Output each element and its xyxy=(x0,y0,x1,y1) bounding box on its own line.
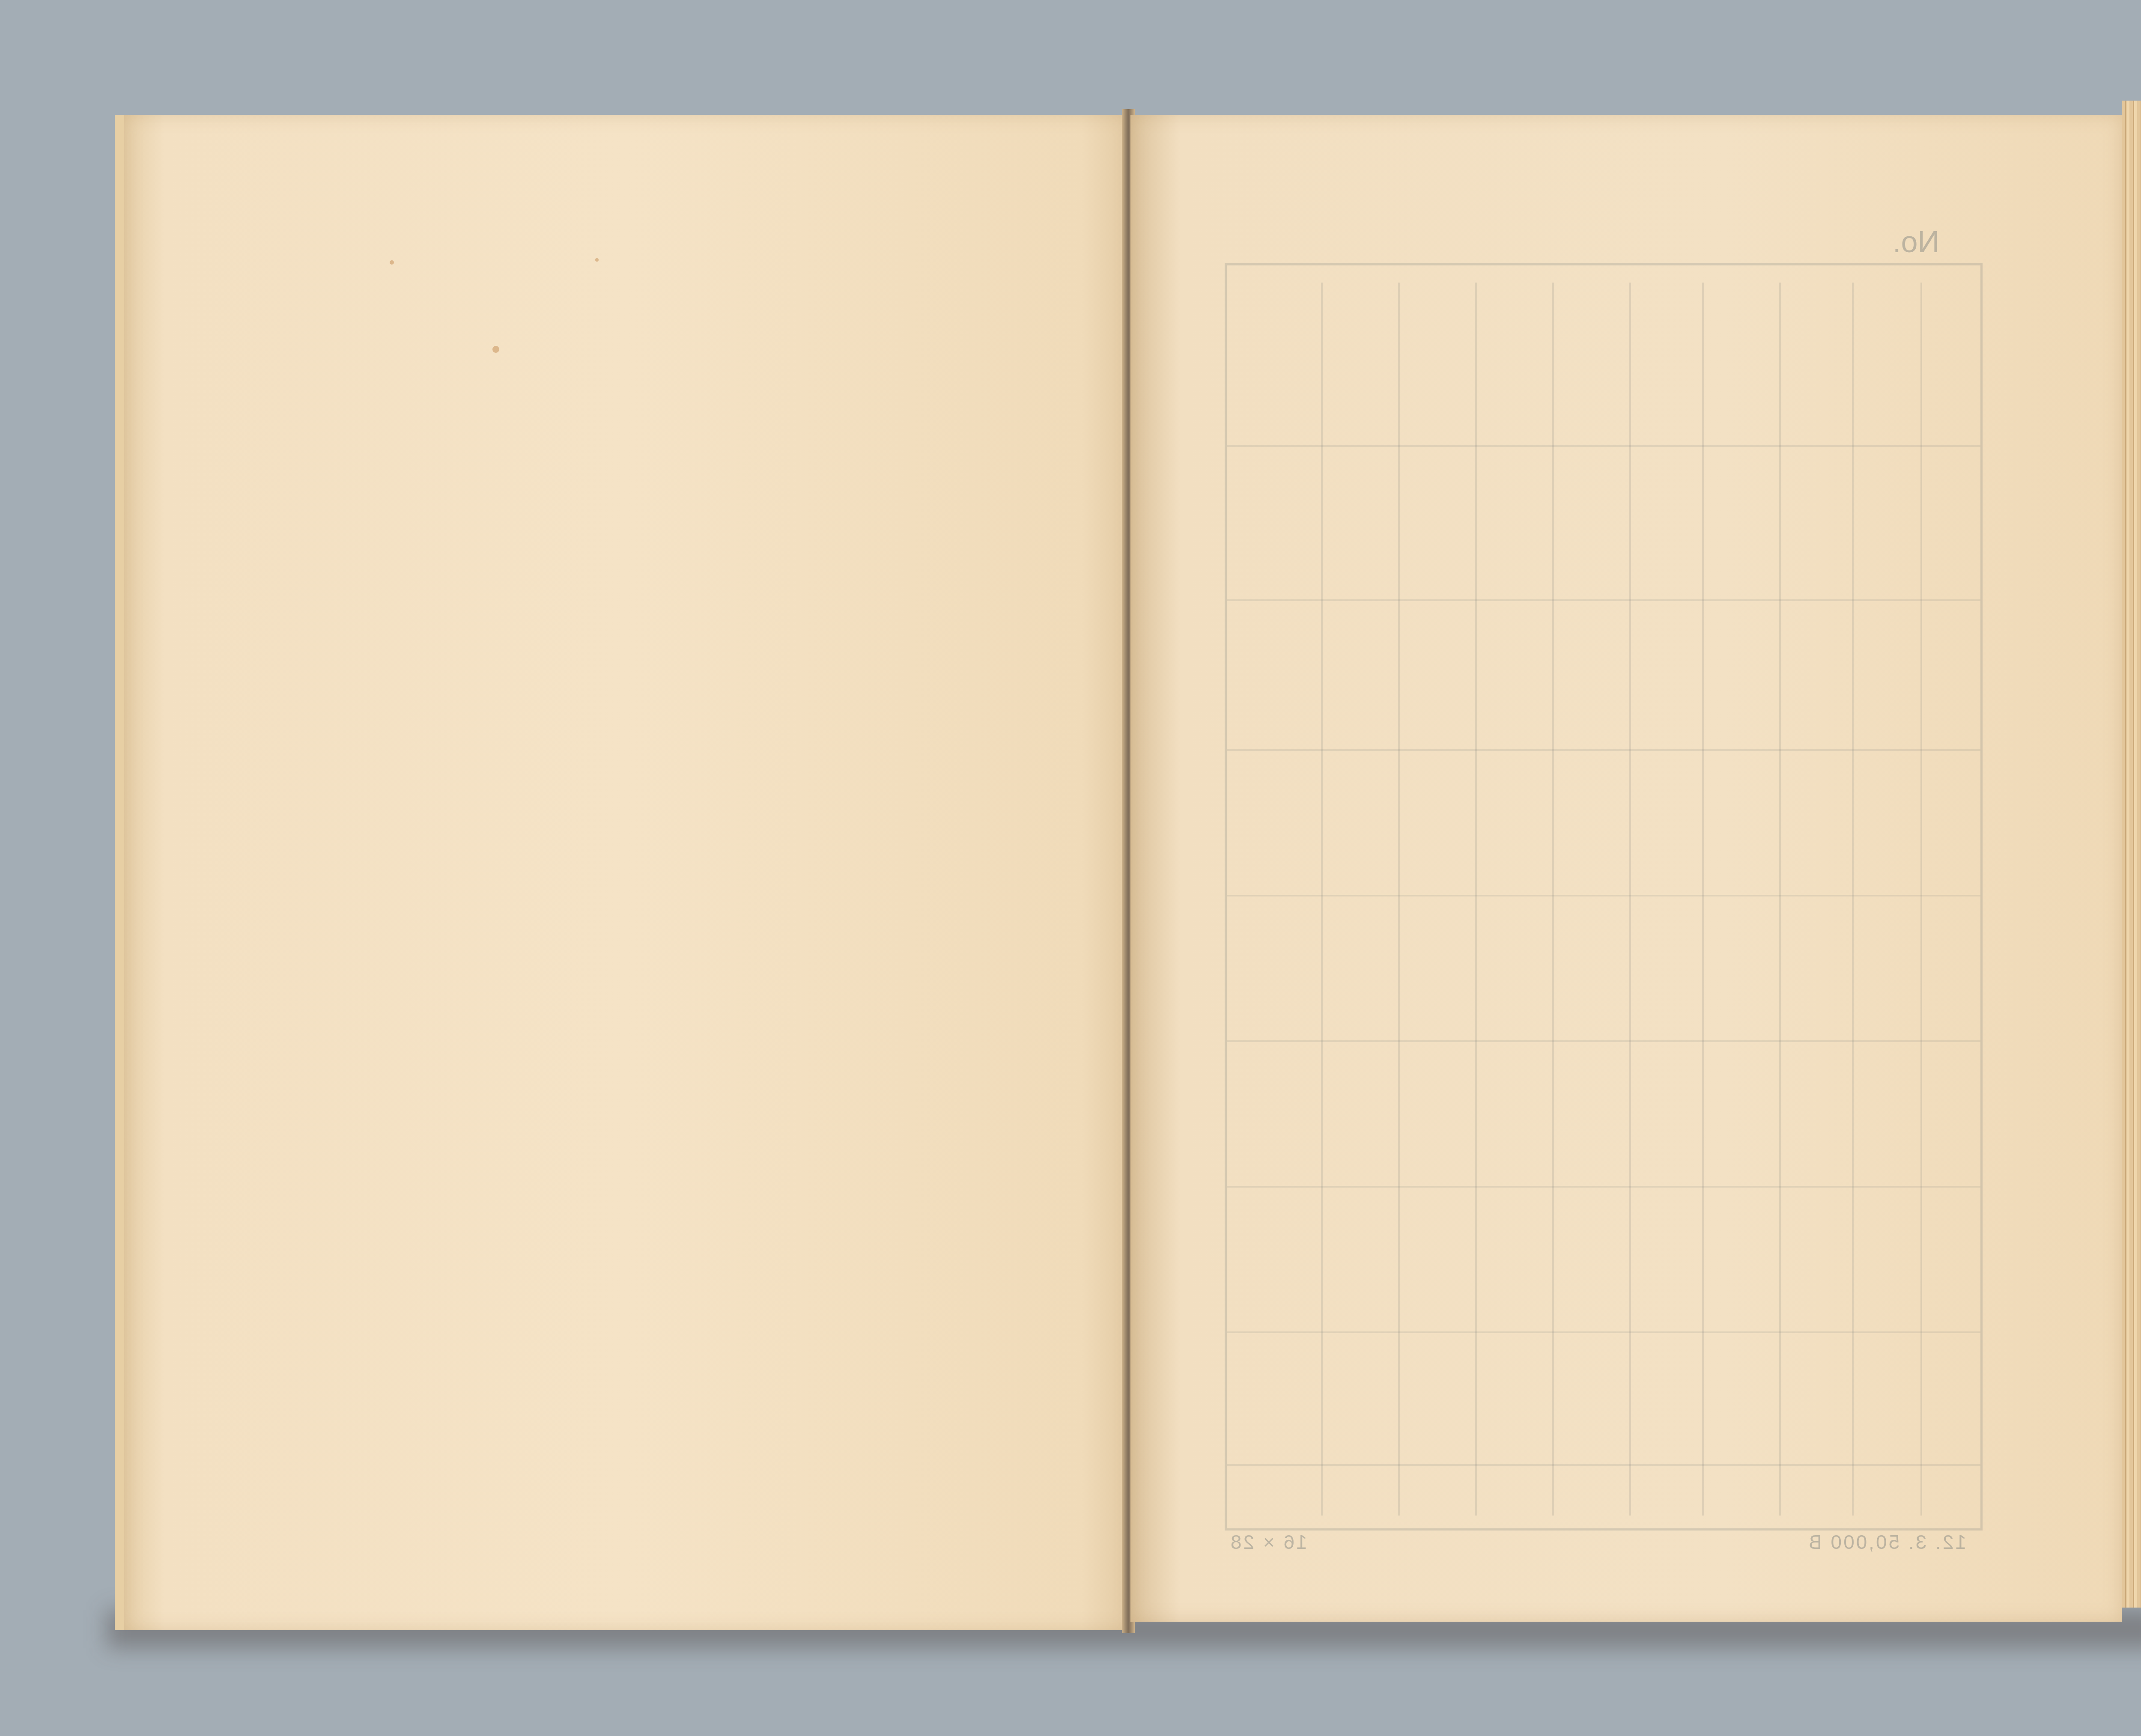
table-column-line xyxy=(1321,283,1323,1516)
left-page-blank xyxy=(115,115,1133,1630)
page-edges xyxy=(2122,101,2141,1608)
table-column-line xyxy=(1920,283,1922,1516)
open-book: No. 16 × 28 12. 3. 50,000 B xyxy=(0,0,2141,1736)
table-row-line xyxy=(1227,445,1980,447)
table-row-line xyxy=(1227,599,1980,601)
table-column-line xyxy=(1702,283,1704,1516)
table-row-line xyxy=(1227,1331,1980,1333)
table-row-line xyxy=(1227,1186,1980,1188)
table-column-line xyxy=(1475,283,1477,1516)
table-column-line xyxy=(1852,283,1854,1516)
bleed-through-table xyxy=(1225,263,1983,1531)
table-column-line xyxy=(1779,283,1781,1516)
bleed-through-footer-size: 16 × 28 xyxy=(1229,1531,1307,1554)
bleed-through-no-label: No. xyxy=(1893,225,1939,259)
foxing-spot xyxy=(492,346,499,353)
bleed-through-footer-print-run: 12. 3. 50,000 B xyxy=(1807,1531,1966,1554)
table-column-line xyxy=(1552,283,1554,1516)
foxing-spot xyxy=(390,260,394,265)
table-row-line xyxy=(1227,895,1980,896)
table-row-line xyxy=(1227,1464,1980,1466)
foxing-spot xyxy=(595,258,599,262)
table-column-line xyxy=(1629,283,1631,1516)
table-column-line xyxy=(1398,283,1400,1516)
table-row-line xyxy=(1227,749,1980,751)
table-row-line xyxy=(1227,1040,1980,1042)
